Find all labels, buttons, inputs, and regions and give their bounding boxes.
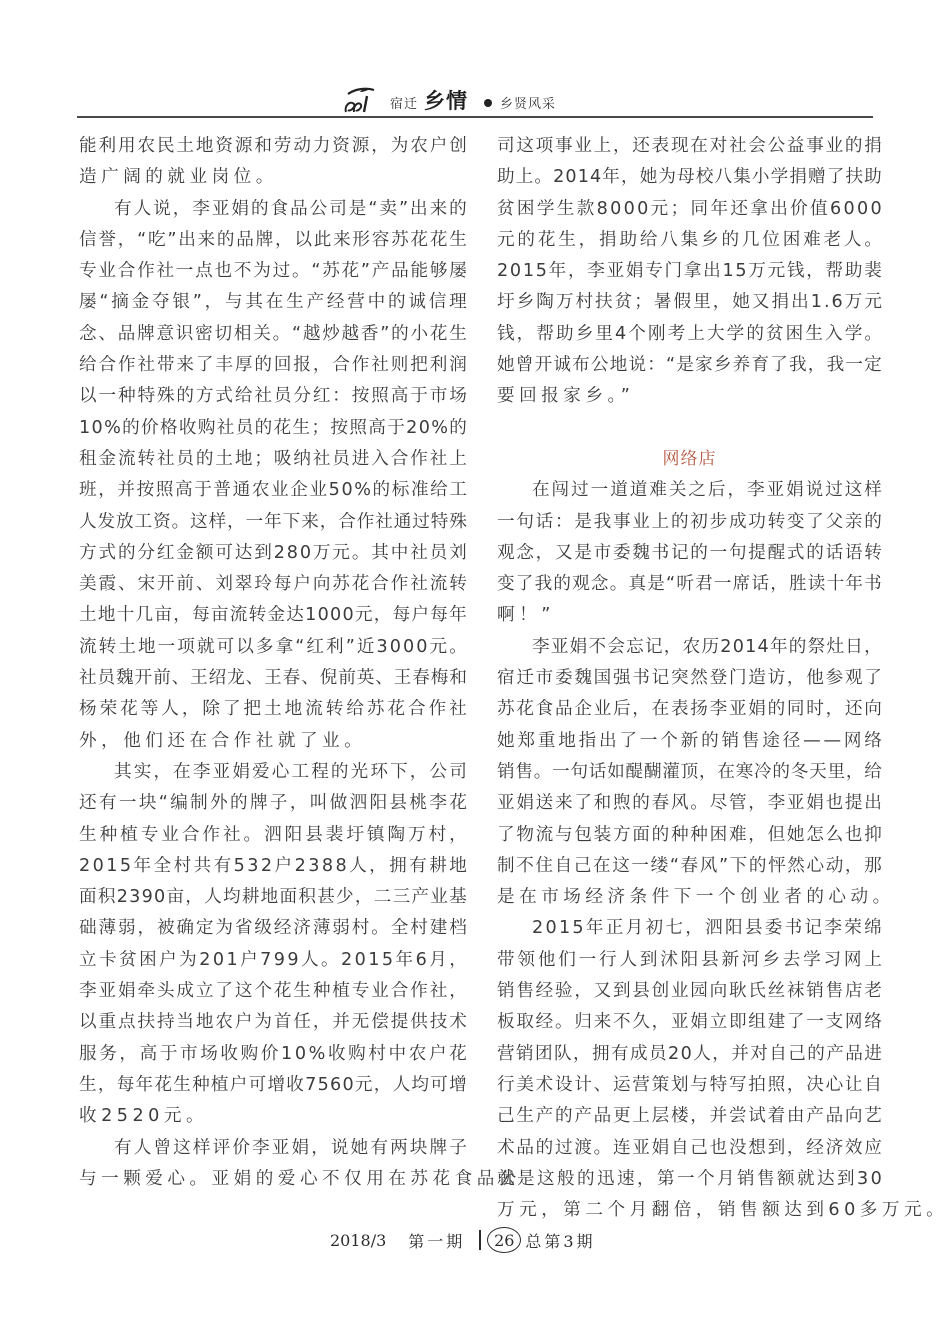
- text-line: 观念，又是市委魏书记的一句提醒式的话语转: [497, 538, 882, 569]
- text-line: 10%的价格收购社员的花生；按照高于20%的: [79, 413, 467, 444]
- text-line: 苏花食品企业后，在表扬李亚娟的同时，还向: [497, 694, 882, 725]
- magazine-logo-icon: [342, 86, 376, 116]
- page-footer: 2018/3 第一期 26 总第3期: [330, 1226, 596, 1254]
- text-line: 啊！”: [497, 600, 882, 631]
- issue-date: 2018/3: [330, 1231, 386, 1250]
- text-line: 在闯过一道道难关之后，李亚娟说过这样: [497, 475, 882, 506]
- paragraph: 2015年正月初七，泗阳县委书记李荣绵带领他们一行人到沭阳县新河乡去学习网上销售…: [497, 913, 882, 1226]
- paragraph: 有人说，李亚娟的食品公司是“卖”出来的信誉，“吃”出来的品牌，以此来形容苏花花生…: [79, 194, 467, 757]
- spacer: [497, 413, 882, 444]
- section-name: 乡贤风采: [500, 93, 556, 112]
- paragraph: 李亚娟不会忘记，农历2014年的祭灶日，宿迁市委魏国强书记突然登门造访，他参观了…: [497, 632, 882, 914]
- text-line: 元的花生，捐助给八集乡的几位困难老人。: [497, 225, 882, 256]
- text-line: 板取经。归来不久，亚娟立即组建了一支网络: [497, 1007, 882, 1038]
- text-line: 面积2390亩，人均耕地面积甚少，二三产业基: [79, 882, 467, 913]
- text-line: 方式的分红金额可达到280万元。其中社员刘: [79, 538, 467, 569]
- paragraph: 在闯过一道道难关之后，李亚娟说过这样一句话：是我事业上的初步成功转变了父亲的观念…: [497, 475, 882, 631]
- masthead-city: 宿迁: [390, 93, 418, 112]
- text-line: 人发放工资。这样，一年下来，合作社通过特殊: [79, 507, 467, 538]
- text-line: 钱，帮助乡里4个刚考上大学的贫困生入学。: [497, 319, 882, 350]
- text-line: 销售经验，又到县创业园向耿氏丝袜销售店老: [497, 976, 882, 1007]
- text-line: 变了我的观念。真是“听君一席话，胜读十年书: [497, 569, 882, 600]
- text-line: 流转土地一项就可以多拿“红利”近3000元。: [79, 632, 467, 663]
- text-line: 司这项事业上，还表现在对社会公益事业的捐: [497, 131, 882, 162]
- text-line: 能利用农民土地资源和劳动力资源，为农户创: [79, 131, 467, 162]
- issue-label: 第一期: [408, 1229, 465, 1252]
- text-line: 给合作社带来了丰厚的回报，合作社则把利润: [79, 350, 467, 381]
- paragraph: 有人曾这样评价李亚娟，说她有两块牌子与一颗爱心。亚娟的爱心不仅用在苏花食品公: [79, 1133, 467, 1196]
- text-line: 要回报家乡。”: [497, 381, 882, 412]
- header-divider: [77, 116, 873, 118]
- text-line: 班，并按照高于普通农业企业50%的标准给工: [79, 475, 467, 506]
- text-line: 制不住自己在这一缕“春风”下的怦然心动，那: [497, 851, 882, 882]
- text-line: 她郑重地指出了一个新的销售途径——网络: [497, 726, 882, 757]
- total-issue-label: 总第3期: [525, 1229, 595, 1252]
- text-line: 是在市场经济条件下一个创业者的心动。: [497, 882, 882, 913]
- text-line: 带领他们一行人到沭阳县新河乡去学习网上: [497, 945, 882, 976]
- text-line: 其实，在李亚娟爱心工程的光环下，公司: [79, 757, 467, 788]
- text-line: 销售。一句话如醍醐灌顶，在寒冷的冬天里，给: [497, 757, 882, 788]
- text-line: 以重点扶持当地农户为首任，并无偿提供技术: [79, 1007, 467, 1038]
- text-line: 外，他们还在合作社就了业。: [79, 726, 467, 757]
- text-line: 就是这般的迅速，第一个月销售额就达到30: [497, 1164, 882, 1195]
- text-line: 2015年，李亚娟专门拿出15万元钱，帮助裴: [497, 256, 882, 287]
- text-line: 还有一块“编制外的牌子，叫做泗阳县桃李花: [79, 788, 467, 819]
- text-line: 行美术设计、运营策划与特写拍照，决心让自: [497, 1070, 882, 1101]
- page-number: 26: [487, 1227, 521, 1253]
- masthead-brand: 乡情: [424, 85, 468, 115]
- text-line: 2015年全村共有532户2388人，拥有耕地: [79, 851, 467, 882]
- page-header: 宿迁 乡情 乡贤风采: [77, 82, 873, 118]
- section-heading: 网络店: [497, 444, 882, 475]
- text-line: 与一颗爱心。亚娟的爱心不仅用在苏花食品公: [79, 1164, 467, 1195]
- text-line: 有人曾这样评价李亚娟，说她有两块牌子: [79, 1133, 467, 1164]
- text-line: 信誉，“吃”出来的品牌，以此来形容苏花花生: [79, 225, 467, 256]
- paragraph: 司这项事业上，还表现在对社会公益事业的捐助上。2014年，她为母校八集小学捐赠了…: [497, 131, 882, 413]
- text-line: 以一种特殊的方式给社员分红：按照高于市场: [79, 381, 467, 412]
- footer-divider: [479, 1230, 481, 1250]
- text-line: 屡“摘金夺银”，与其在生产经营中的诚信理: [79, 287, 467, 318]
- paragraph: 能利用农民土地资源和劳动力资源，为农户创造广阔的就业岗位。: [79, 131, 467, 194]
- text-line: 生种植专业合作社。泗阳县裴圩镇陶万村，: [79, 820, 467, 851]
- text-line: 圩乡陶万村扶贫；暑假里，她又捐出1.6万元: [497, 287, 882, 318]
- paragraph: 其实，在李亚娟爱心工程的光环下，公司还有一块“编制外的牌子，叫做泗阳县桃李花生种…: [79, 757, 467, 1133]
- text-line: 李亚娟牵头成立了这个花生种植专业合作社，: [79, 976, 467, 1007]
- bullet-dot-icon: [484, 99, 492, 107]
- text-line: 亚娟送来了和煦的春风。尽管，李亚娟也提出: [497, 788, 882, 819]
- text-line: 2015年正月初七，泗阳县委书记李荣绵: [497, 913, 882, 944]
- text-line: 杨荣花等人，除了把土地流转给苏花合作社: [79, 694, 467, 725]
- text-line: 租金流转社员的土地；吸纳社员进入合作社上: [79, 444, 467, 475]
- text-line: 美霞、宋开前、刘翠玲每户向苏花合作社流转: [79, 569, 467, 600]
- left-column: 能利用农民土地资源和劳动力资源，为农户创造广阔的就业岗位。有人说，李亚娟的食品公…: [79, 131, 467, 1195]
- text-line: 营销团队，拥有成员20人，并对自己的产品进: [497, 1039, 882, 1070]
- text-line: 立卡贫困户为201户799人。2015年6月，: [79, 945, 467, 976]
- text-line: 一句话：是我事业上的初步成功转变了父亲的: [497, 507, 882, 538]
- text-line: 念、品牌意识密切相关。“越炒越香”的小花生: [79, 319, 467, 350]
- right-column-intro: 司这项事业上，还表现在对社会公益事业的捐助上。2014年，她为母校八集小学捐赠了…: [497, 131, 882, 413]
- text-line: 了物流与包装方面的种种困难，但她怎么也抑: [497, 820, 882, 851]
- text-line: 己生产的产品更上层楼，并尝试着由产品向艺: [497, 1101, 882, 1132]
- text-line: 土地十几亩，每亩流转金达1000元，每户每年: [79, 600, 467, 631]
- text-line: 宿迁市委魏国强书记突然登门造访，他参观了: [497, 663, 882, 694]
- text-line: 术品的过渡。连亚娟自己也没想到，经济效应: [497, 1133, 882, 1164]
- text-line: 社员魏开前、王绍龙、王春、倪前英、王春梅和: [79, 663, 467, 694]
- text-line: 收2520元。: [79, 1101, 467, 1132]
- text-line: 造广阔的就业岗位。: [79, 162, 467, 193]
- text-line: 她曾开诚布公地说：“是家乡养育了我，我一定: [497, 350, 882, 381]
- text-line: 有人说，李亚娟的食品公司是“卖”出来的: [79, 194, 467, 225]
- text-line: 贫困学生款8000元；同年还拿出价值6000: [497, 194, 882, 225]
- right-column-section-body: 在闯过一道道难关之后，李亚娟说过这样一句话：是我事业上的初步成功转变了父亲的观念…: [497, 475, 882, 1226]
- text-line: 助上。2014年，她为母校八集小学捐赠了扶助: [497, 162, 882, 193]
- text-line: 服务，高于市场收购价10%收购村中农户花: [79, 1039, 467, 1070]
- right-column: 司这项事业上，还表现在对社会公益事业的捐助上。2014年，她为母校八集小学捐赠了…: [497, 131, 882, 1226]
- masthead: 宿迁 乡情 乡贤风采: [342, 84, 556, 116]
- text-line: 万元，第二个月翻倍，销售额达到60多万元。: [497, 1195, 882, 1226]
- text-line: 础薄弱，被确定为省级经济薄弱村。全村建档: [79, 913, 467, 944]
- text-line: 李亚娟不会忘记，农历2014年的祭灶日，: [497, 632, 882, 663]
- text-line: 专业合作社一点也不为过。“苏花”产品能够屡: [79, 256, 467, 287]
- text-line: 生，每年花生种植户可增收7560元，人均可增: [79, 1070, 467, 1101]
